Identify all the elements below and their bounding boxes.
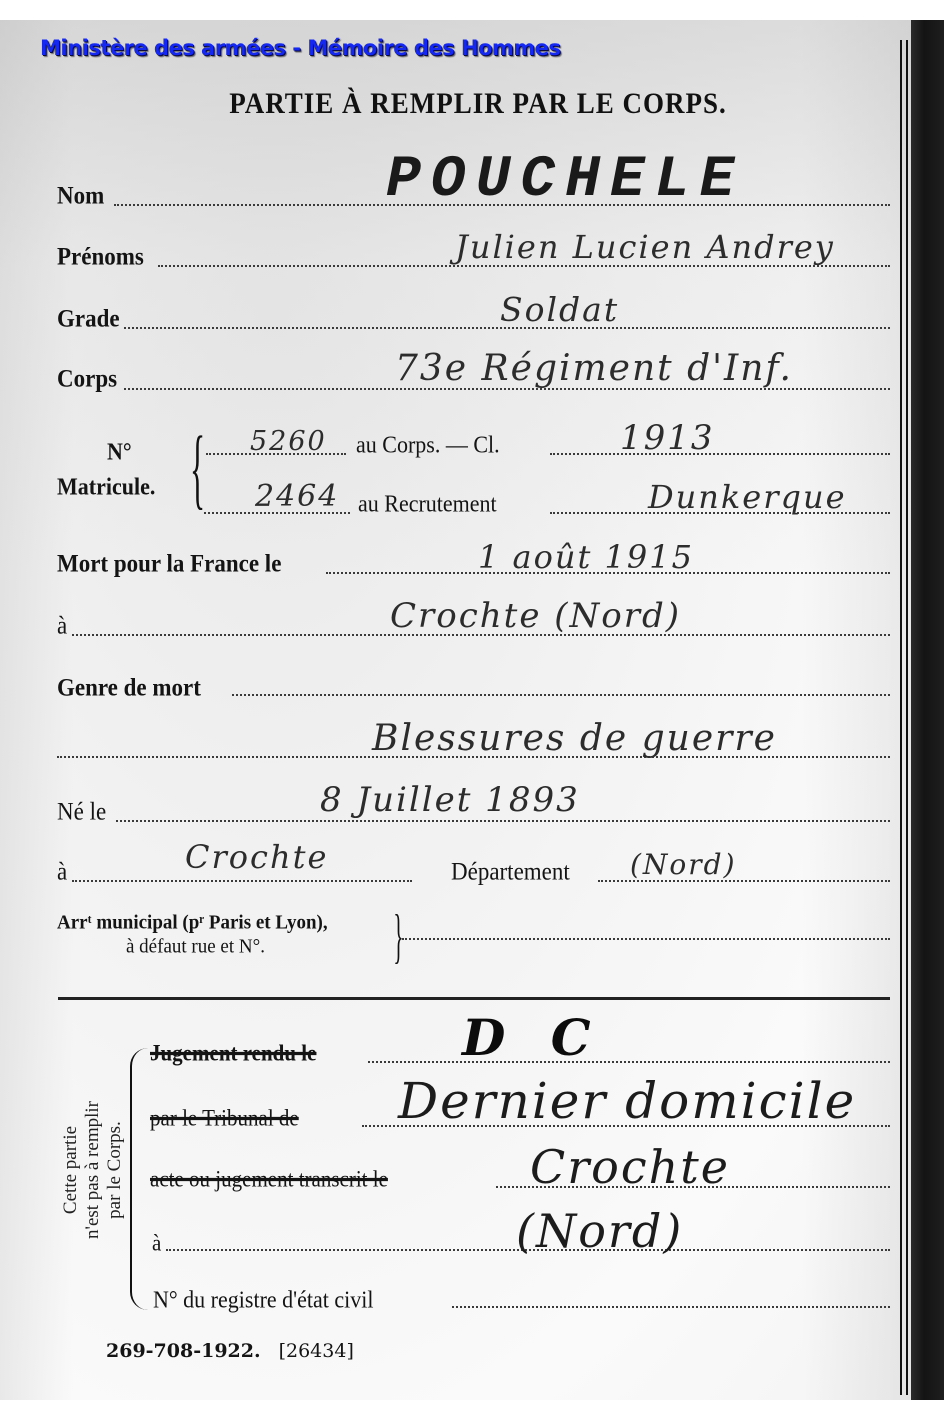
grade-label: Grade <box>57 305 120 333</box>
lower-a-label: à <box>152 1230 161 1257</box>
page-border-line <box>900 40 902 1395</box>
arrondissement-sublabel: à défaut rue et N°. <box>126 935 265 959</box>
tribunal-label: par le Tribunal de <box>150 1105 299 1132</box>
ne-le-dotted-line <box>116 820 890 822</box>
matricule-corps-number: 5260 <box>250 426 327 457</box>
side-note-line: Cette partie <box>60 1030 82 1310</box>
genre-de-mort-value: Blessures de guerre <box>372 718 777 759</box>
side-note-line: par le Corps. <box>104 1030 126 1310</box>
form-title: PARTIE À REMPLIR PAR LE CORPS. <box>0 86 944 120</box>
au-corps-label: au Corps. — Cl. <box>356 431 500 459</box>
lower-a-value: (Nord) <box>516 1204 683 1258</box>
ne-a-value: Crochte <box>185 838 328 876</box>
jugement-label: Jugement rendu le <box>150 1040 316 1067</box>
tribunal-value: Dernier domicile <box>398 1072 856 1130</box>
ne-a-dotted-line <box>72 880 412 882</box>
jugement-dotted-line <box>368 1061 890 1063</box>
dc-annotation: D C <box>462 1008 605 1067</box>
transcrit-label: acte ou jugement transcrit le <box>150 1166 388 1193</box>
mort-le-value: 1 août 1915 <box>478 538 694 576</box>
registre-dotted-line <box>452 1306 890 1308</box>
print-footer: 269-708-1922.[26434] <box>106 1340 354 1362</box>
page-border-line <box>906 40 908 1395</box>
archive-watermark: Ministère des armées - Mémoire des Homme… <box>40 36 560 60</box>
matricule-label-no: N° <box>107 438 132 466</box>
departement-value: (Nord) <box>630 848 737 881</box>
matricule-label: Matricule. <box>57 473 155 501</box>
matricule-brace: { <box>190 424 205 514</box>
section-separator <box>58 997 890 1000</box>
arrondissement-label: Arrᵗ municipal (pʳ Paris et Lyon), <box>57 911 328 935</box>
transcrit-value: Crochte <box>530 1140 730 1194</box>
arrondissement-dotted-line <box>402 938 890 940</box>
side-bracket <box>130 1048 150 1310</box>
mort-a-value: Crochte (Nord) <box>390 596 681 636</box>
print-code: 269-708-1922. <box>106 1340 261 1362</box>
arrondissement-brace: } <box>393 906 403 966</box>
corps-value: 73e Régiment d'Inf. <box>395 348 793 389</box>
genre-de-mort-label: Genre de mort <box>57 674 201 702</box>
classe-value: 1913 <box>620 418 715 458</box>
mort-a-label: à <box>57 612 67 640</box>
au-recrutement-label: au Recrutement <box>358 490 497 518</box>
matricule-recrutement-number: 2464 <box>255 479 339 514</box>
corps-label: Corps <box>57 365 117 393</box>
nom-label: Nom <box>57 182 104 210</box>
prenoms-value: Julien Lucien Andrey <box>455 228 835 266</box>
prenoms-label: Prénoms <box>57 243 144 271</box>
grade-value: Soldat <box>500 290 619 329</box>
reference-number: [26434] <box>279 1340 354 1362</box>
recrutement-value: Dunkerque <box>648 478 847 516</box>
side-note: Cette partie n'est pas à remplir par le … <box>60 1030 126 1310</box>
mort-le-label: Mort pour la France le <box>57 550 281 578</box>
nom-value: POUCHELE <box>386 148 744 213</box>
ne-le-value: 8 Juillet 1893 <box>320 780 580 820</box>
scan-dark-edge <box>911 20 944 1400</box>
genre-de-mort-dotted-line <box>232 694 890 696</box>
ne-a-label: à <box>57 858 67 886</box>
side-note-line: n'est pas à remplir <box>82 1030 104 1310</box>
classe-dotted-line <box>550 453 890 455</box>
registre-label: N° du registre d'état civil <box>153 1286 373 1314</box>
departement-label: Département <box>451 858 570 886</box>
ne-le-label: Né le <box>57 798 106 826</box>
